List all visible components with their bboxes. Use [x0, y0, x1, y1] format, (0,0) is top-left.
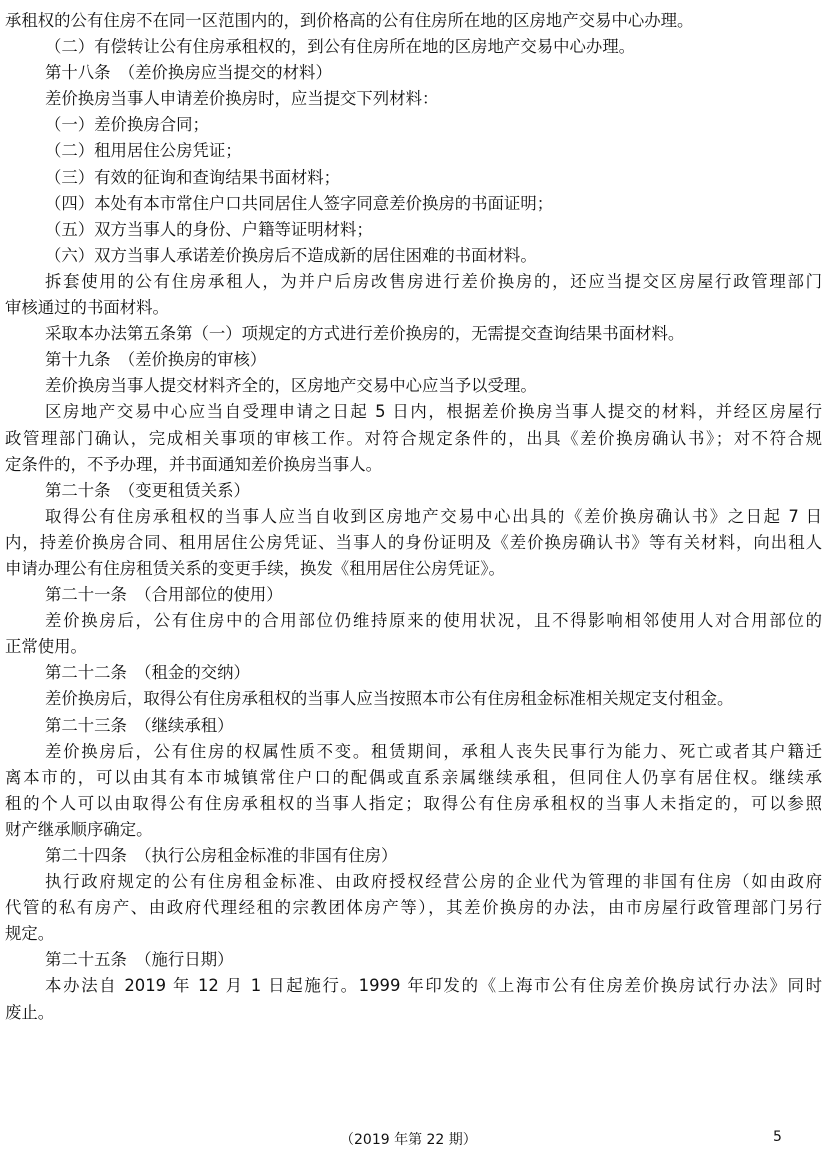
text-line: 规定。: [5, 921, 822, 947]
text-line: 差价换房后，公有住房中的合用部位仍维持原来的使用状况，且不得影响相邻使用人对合用…: [5, 608, 822, 634]
text-line: 申请办理公有住房租赁关系的变更手续，换发《租用居住公房凭证》。: [5, 556, 822, 582]
document-body: 承租权的公有住房不在同一区范围内的，到价格高的公有住房所在地的区房地产交易中心办…: [5, 8, 822, 1026]
text-line: （二）有偿转让公有住房承租权的，到公有住房所在地的区房地产交易中心办理。: [5, 34, 822, 60]
text-line: （六）双方当事人承诺差价换房后不造成新的居住困难的书面材料。: [5, 243, 822, 269]
article-heading: 第二十四条 （执行公房租金标准的非国有住房）: [5, 843, 822, 869]
text-line: 差价换房后，取得公有住房承租权的当事人应当按照本市公有住房租金标准相关规定支付租…: [5, 686, 822, 712]
article-heading: 第十八条 （差价换房应当提交的材料）: [5, 60, 822, 86]
text-line: 本办法自 2019 年 12 月 1 日起施行。1999 年印发的《上海市公有住…: [5, 973, 822, 999]
text-line: （五）双方当事人的身份、户籍等证明材料；: [5, 217, 822, 243]
text-line: 正常使用。: [5, 634, 822, 660]
text-line: （二）租用居住公房凭证；: [5, 138, 822, 164]
text-line: 财产继承顺序确定。: [5, 817, 822, 843]
article-heading: 第二十五条 （施行日期）: [5, 947, 822, 973]
article-heading: 第二十条 （变更租赁关系）: [5, 478, 822, 504]
article-heading: 第十九条 （差价换房的审核）: [5, 347, 822, 373]
text-line: 采取本办法第五条第（一）项规定的方式进行差价换房的，无需提交查询结果书面材料。: [5, 321, 822, 347]
text-line: 政管理部门确认，完成相关事项的审核工作。对符合规定条件的，出具《差价换房确认书》…: [5, 426, 822, 452]
text-line: 内，持差价换房合同、租用居住公房凭证、当事人的身份证明及《差价换房确认书》等有关…: [5, 530, 822, 556]
text-line: 差价换房当事人提交材料齐全的，区房地产交易中心应当予以受理。: [5, 373, 822, 399]
text-line: 废止。: [5, 1000, 822, 1026]
text-line: 审核通过的书面材料。: [5, 295, 822, 321]
text-line: （三）有效的征询和查询结果书面材料；: [5, 165, 822, 191]
text-line: 执行政府规定的公有住房租金标准、由政府授权经营公房的企业代为管理的非国有住房（如…: [5, 869, 822, 895]
text-line: 差价换房当事人申请差价换房时，应当提交下列材料：: [5, 86, 822, 112]
text-line: 差价换房后，公有住房的权属性质不变。租赁期间，承租人丧失民事行为能力、死亡或者其…: [5, 739, 822, 765]
text-line: （一）差价换房合同；: [5, 112, 822, 138]
issue-label: （2019 年第 22 期）: [340, 1129, 477, 1149]
text-line: 拆套使用的公有住房承租人，为并户后房改售房进行差价换房的，还应当提交区房屋行政管…: [5, 269, 822, 295]
text-line: 定条件的，不予办理，并书面通知差价换房当事人。: [5, 452, 822, 478]
page-number: 5: [773, 1129, 782, 1145]
text-line: 承租权的公有住房不在同一区范围内的，到价格高的公有住房所在地的区房地产交易中心办…: [5, 8, 822, 34]
text-line: 取得公有住房承租权的当事人应当自收到区房地产交易中心出具的《差价换房确认书》之日…: [5, 504, 822, 530]
text-line: 租的个人可以由取得公有住房承租权的当事人指定；取得公有住房承租权的当事人未指定的…: [5, 791, 822, 817]
article-heading: 第二十三条 （继续承租）: [5, 713, 822, 739]
article-heading: 第二十一条 （合用部位的使用）: [5, 582, 822, 608]
text-line: （四）本处有本市常住户口共同居住人签字同意差价换房的书面证明；: [5, 191, 822, 217]
text-line: 区房地产交易中心应当自受理申请之日起 5 日内，根据差价换房当事人提交的材料，并…: [5, 399, 822, 425]
article-heading: 第二十二条 （租金的交纳）: [5, 660, 822, 686]
text-line: 代管的私有房产、由政府代理经租的宗教团体房产等），其差价换房的办法，由市房屋行政…: [5, 895, 822, 921]
text-line: 离本市的，可以由其有本市城镇常住户口的配偶或直系亲属继续承租，但同住人仍享有居住…: [5, 765, 822, 791]
